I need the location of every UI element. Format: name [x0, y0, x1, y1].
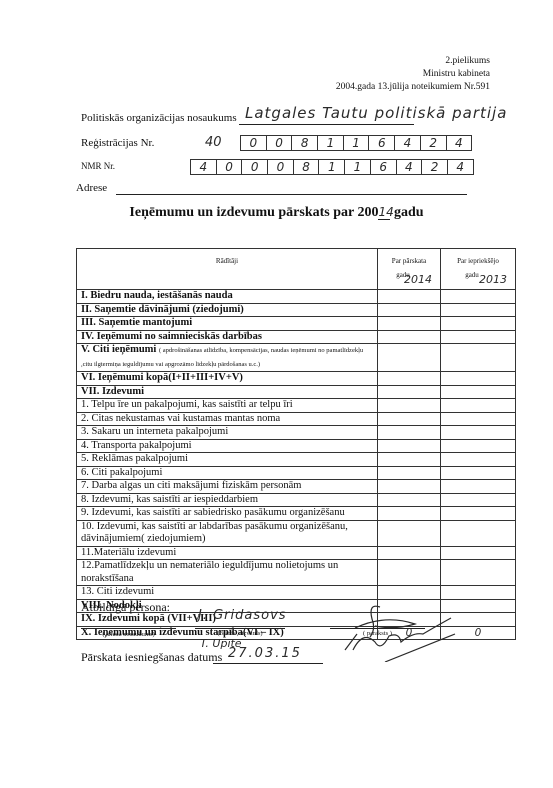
row-label-text: II. Saņemtie dāvinājumi (ziedojumi)	[81, 304, 244, 315]
row-label: 2. Citas nekustamas vai kustamas mantas …	[77, 412, 378, 426]
table-row: 11.Materiālu izdevumi	[77, 546, 516, 560]
registration-number-boxes[interactable]: 008116424	[240, 135, 472, 151]
current-year-cell[interactable]	[378, 412, 441, 426]
digit-box[interactable]: 6	[371, 160, 397, 174]
row-label: 12.Pamatlīdzekļu un nemateriālo ieguldīj…	[77, 560, 378, 586]
current-year-cell[interactable]	[378, 399, 441, 413]
row-label-text: 3. Sakaru un interneta pakalpojumi	[81, 426, 228, 437]
current-year-cell[interactable]	[378, 344, 441, 372]
current-year-cell[interactable]	[378, 493, 441, 507]
previous-year-cell[interactable]	[441, 385, 516, 399]
table-row: 2. Citas nekustamas vai kustamas mantas …	[77, 412, 516, 426]
row-label: 11.Materiālu izdevumi	[77, 546, 378, 560]
table-row: 5. Reklāmas pakalpojumi	[77, 453, 516, 467]
previous-year-cell[interactable]	[441, 303, 516, 317]
digit-box[interactable]: 1	[345, 160, 371, 174]
digit-box[interactable]: 6	[369, 136, 395, 150]
digit-box[interactable]: 8	[292, 136, 318, 150]
nmr-number-boxes[interactable]: 40008116424	[190, 159, 474, 175]
current-year-cell[interactable]	[378, 520, 441, 546]
previous-year-cell[interactable]	[441, 290, 516, 304]
previous-year-cell[interactable]	[441, 560, 516, 586]
submission-date-label: Pārskata iesniegšanas datums	[81, 650, 222, 665]
row-label-text: 12.Pamatlīdzekļu un nemateriālo ieguldīj…	[81, 560, 338, 584]
table-row: II. Saņemtie dāvinājumi (ziedojumi)	[77, 303, 516, 317]
current-year-cell[interactable]	[378, 330, 441, 344]
submission-date-line	[213, 663, 323, 664]
previous-year-value: 2013	[479, 274, 507, 287]
income-expense-table: Rādītāji Par pārskata gadu 2014 Par iepr…	[76, 248, 516, 640]
registration-label: Reģistrācijas Nr.	[81, 137, 154, 149]
table-row: V. Citi ieņēmumi ( apdrošināšanas atlīdz…	[77, 344, 516, 372]
digit-box[interactable]: 8	[294, 160, 320, 174]
org-name-label: Politiskās organizācijas nosaukums	[81, 112, 237, 124]
row-label-text: 13. Citi izdevumi	[81, 586, 154, 597]
digit-box[interactable]: 0	[242, 160, 268, 174]
previous-year-cell[interactable]	[441, 372, 516, 386]
digit-box[interactable]: 1	[344, 136, 370, 150]
row-label: I. Biedru nauda, iestāšanās nauda	[77, 290, 378, 304]
position-caption: ( amata nosaukums)	[81, 631, 176, 638]
previous-year-cell[interactable]	[441, 546, 516, 560]
row-label: 10. Izdevumi, kas saistīti ar labdarības…	[77, 520, 378, 546]
row-label-text: VI. Ieņēmumi kopā(I+II+III+IV+V)	[81, 372, 243, 383]
current-year-cell[interactable]	[378, 466, 441, 480]
row-label-text: 11.Materiālu izdevumi	[81, 547, 176, 558]
table-row: 3. Sakaru un interneta pakalpojumi	[77, 426, 516, 440]
name-field[interactable]	[195, 628, 285, 629]
digit-box[interactable]: 0	[267, 136, 293, 150]
previous-year-cell[interactable]	[441, 466, 516, 480]
row-label: 5. Reklāmas pakalpojumi	[77, 453, 378, 467]
current-year-cell[interactable]	[378, 372, 441, 386]
previous-year-cell[interactable]	[441, 439, 516, 453]
indicators-header: Rādītāji	[77, 249, 378, 290]
table-row: IV. Ieņēmumi no saimnieciskās darbības	[77, 330, 516, 344]
digit-box[interactable]: 1	[318, 136, 344, 150]
current-year-cell[interactable]	[378, 439, 441, 453]
table-row: 6. Citi pakalpojumi	[77, 466, 516, 480]
current-year-cell[interactable]	[378, 303, 441, 317]
digit-box[interactable]: 4	[191, 160, 217, 174]
digit-box[interactable]: 0	[217, 160, 243, 174]
previous-year-cell[interactable]	[441, 412, 516, 426]
row-label: 6. Citi pakalpojumi	[77, 466, 378, 480]
previous-year-header: Par iepriekšējo gadu 2013	[441, 249, 516, 290]
responsible-name-value: J. Gridasovs	[198, 608, 287, 623]
handwritten-signature-icon	[325, 592, 475, 662]
address-label: Adrese	[76, 182, 107, 194]
current-year-cell[interactable]	[378, 480, 441, 494]
previous-year-cell[interactable]	[441, 344, 516, 372]
row-label-text: 7. Darba algas un citi maksājumi fiziskā…	[81, 480, 301, 491]
report-year-field[interactable]: 14	[378, 205, 390, 220]
row-label-text: 5. Reklāmas pakalpojumi	[81, 453, 188, 464]
previous-year-cell[interactable]	[441, 520, 516, 546]
position-field[interactable]	[81, 628, 176, 629]
current-year-cell[interactable]	[378, 317, 441, 331]
row-label: VII. Izdevumi	[77, 385, 378, 399]
digit-box[interactable]: 4	[448, 160, 473, 174]
annex-number: 2.pielikums	[336, 55, 490, 68]
row-label: IV. Ieņēmumi no saimnieciskās darbības	[77, 330, 378, 344]
row-label-text: 9. Izdevumi, kas saistīti ar sabiedrisko…	[81, 507, 345, 518]
digit-box[interactable]: 1	[319, 160, 345, 174]
table-row: 10. Izdevumi, kas saistīti ar labdarības…	[77, 520, 516, 546]
table-row: 1. Telpu īre un pakalpojumi, kas saistīt…	[77, 399, 516, 413]
address-field[interactable]	[116, 194, 467, 195]
nmr-label: NMR Nr.	[81, 161, 115, 171]
row-label-text: III. Saņemtie mantojumi	[81, 317, 192, 328]
row-label-text: 4. Transporta pakalpojumi	[81, 440, 192, 451]
previous-year-cell[interactable]	[441, 453, 516, 467]
org-name-field[interactable]: Latgales Tautu politiskā partija	[245, 104, 507, 122]
row-label-text: V. Citi ieņēmumi	[81, 344, 156, 355]
annex-authority: Ministru kabineta	[336, 68, 490, 81]
row-label-text: VII. Izdevumi	[81, 386, 144, 397]
previous-year-cell[interactable]	[441, 330, 516, 344]
annex-regulation: 2004.gada 13.jūlija noteikumiem Nr.591	[336, 81, 490, 94]
current-year-cell[interactable]	[378, 546, 441, 560]
table-row: VI. Ieņēmumi kopā(I+II+III+IV+V)	[77, 372, 516, 386]
current-year-cell[interactable]	[378, 560, 441, 586]
current-year-cell[interactable]	[378, 290, 441, 304]
row-label: VI. Ieņēmumi kopā(I+II+III+IV+V)	[77, 372, 378, 386]
current-year-cell[interactable]	[378, 453, 441, 467]
current-year-header: Par pārskata gadu 2014	[378, 249, 441, 290]
row-label: II. Saņemtie dāvinājumi (ziedojumi)	[77, 303, 378, 317]
row-label: 1. Telpu īre un pakalpojumi, kas saistīt…	[77, 399, 378, 413]
digit-box[interactable]: 0	[268, 160, 294, 174]
row-label: 7. Darba algas un citi maksājumi fiziskā…	[77, 480, 378, 494]
row-label: 3. Sakaru un interneta pakalpojumi	[77, 426, 378, 440]
row-label: III. Saņemtie mantojumi	[77, 317, 378, 331]
table-row: III. Saņemtie mantojumi	[77, 317, 516, 331]
report-title-suffix: gadu	[390, 205, 423, 220]
table-row: 9. Izdevumi, kas saistīti ar sabiedrisko…	[77, 507, 516, 521]
previous-year-cell[interactable]	[441, 317, 516, 331]
row-label-text: I. Biedru nauda, iestāšanās nauda	[81, 290, 233, 301]
row-label-text: IV. Ieņēmumi no saimnieciskās darbības	[81, 331, 262, 342]
previous-year-cell[interactable]	[441, 399, 516, 413]
current-year-cell[interactable]	[378, 426, 441, 440]
row-label-text: 8. Izdevumi, kas saistīti ar iespieddarb…	[81, 494, 258, 505]
previous-year-cell[interactable]	[441, 426, 516, 440]
org-name-line	[239, 124, 414, 125]
table-row: 4. Transporta pakalpojumi	[77, 439, 516, 453]
previous-year-label: Par iepriekšējo	[457, 257, 499, 265]
report-title-prefix: Ieņēmumu un izdevumu pārskats par 200	[129, 205, 378, 220]
report-title: Ieņēmumu un izdevumu pārskats par 20014 …	[0, 205, 553, 221]
row-label: 8. Izdevumi, kas saistīti ar iespieddarb…	[77, 493, 378, 507]
table-row: VII. Izdevumi	[77, 385, 516, 399]
digit-box[interactable]: 4	[395, 136, 421, 150]
current-year-cell[interactable]	[378, 385, 441, 399]
row-label: 4. Transporta pakalpojumi	[77, 439, 378, 453]
name-caption: ( vārds , uzvārds)	[195, 630, 285, 637]
row-label-text: 2. Citas nekustamas vai kustamas mantas …	[81, 413, 280, 424]
row-label-text: 1. Telpu īre un pakalpojumi, kas saistīt…	[81, 399, 293, 410]
table-row: I. Biedru nauda, iestāšanās nauda	[77, 290, 516, 304]
submission-date-field[interactable]: 27.03.15	[228, 646, 302, 661]
current-year-cell[interactable]	[378, 507, 441, 521]
row-label-text: 10. Izdevumi, kas saistīti ar labdarības…	[81, 521, 348, 545]
digit-box[interactable]: 4	[447, 136, 472, 150]
previous-year-cell[interactable]	[441, 480, 516, 494]
digit-box[interactable]: 0	[241, 136, 267, 150]
table-header-row: Rādītāji Par pārskata gadu 2014 Par iepr…	[77, 249, 516, 290]
table-row: 8. Izdevumi, kas saistīti ar iespieddarb…	[77, 493, 516, 507]
previous-year-cell[interactable]	[441, 493, 516, 507]
current-year-value: 2014	[404, 274, 432, 287]
row-label: 9. Izdevumi, kas saistīti ar sabiedrisko…	[77, 507, 378, 521]
digit-box[interactable]: 4	[397, 160, 423, 174]
table-row: 12.Pamatlīdzekļu un nemateriālo ieguldīj…	[77, 560, 516, 586]
digit-box[interactable]: 2	[422, 160, 448, 174]
annex-header-note: 2.pielikums Ministru kabineta 2004.gada …	[336, 55, 490, 94]
table-row: 7. Darba algas un citi maksājumi fiziskā…	[77, 480, 516, 494]
current-year-label: Par pārskata	[392, 257, 426, 265]
responsible-person-label: Atbildīgā persona:	[81, 600, 170, 615]
row-label: V. Citi ieņēmumi ( apdrošināšanas atlīdz…	[77, 344, 378, 372]
row-label-text: 6. Citi pakalpojumi	[81, 467, 162, 478]
previous-year-cell[interactable]	[441, 507, 516, 521]
digit-box[interactable]: 2	[421, 136, 447, 150]
registration-prefix: 40	[205, 135, 222, 150]
